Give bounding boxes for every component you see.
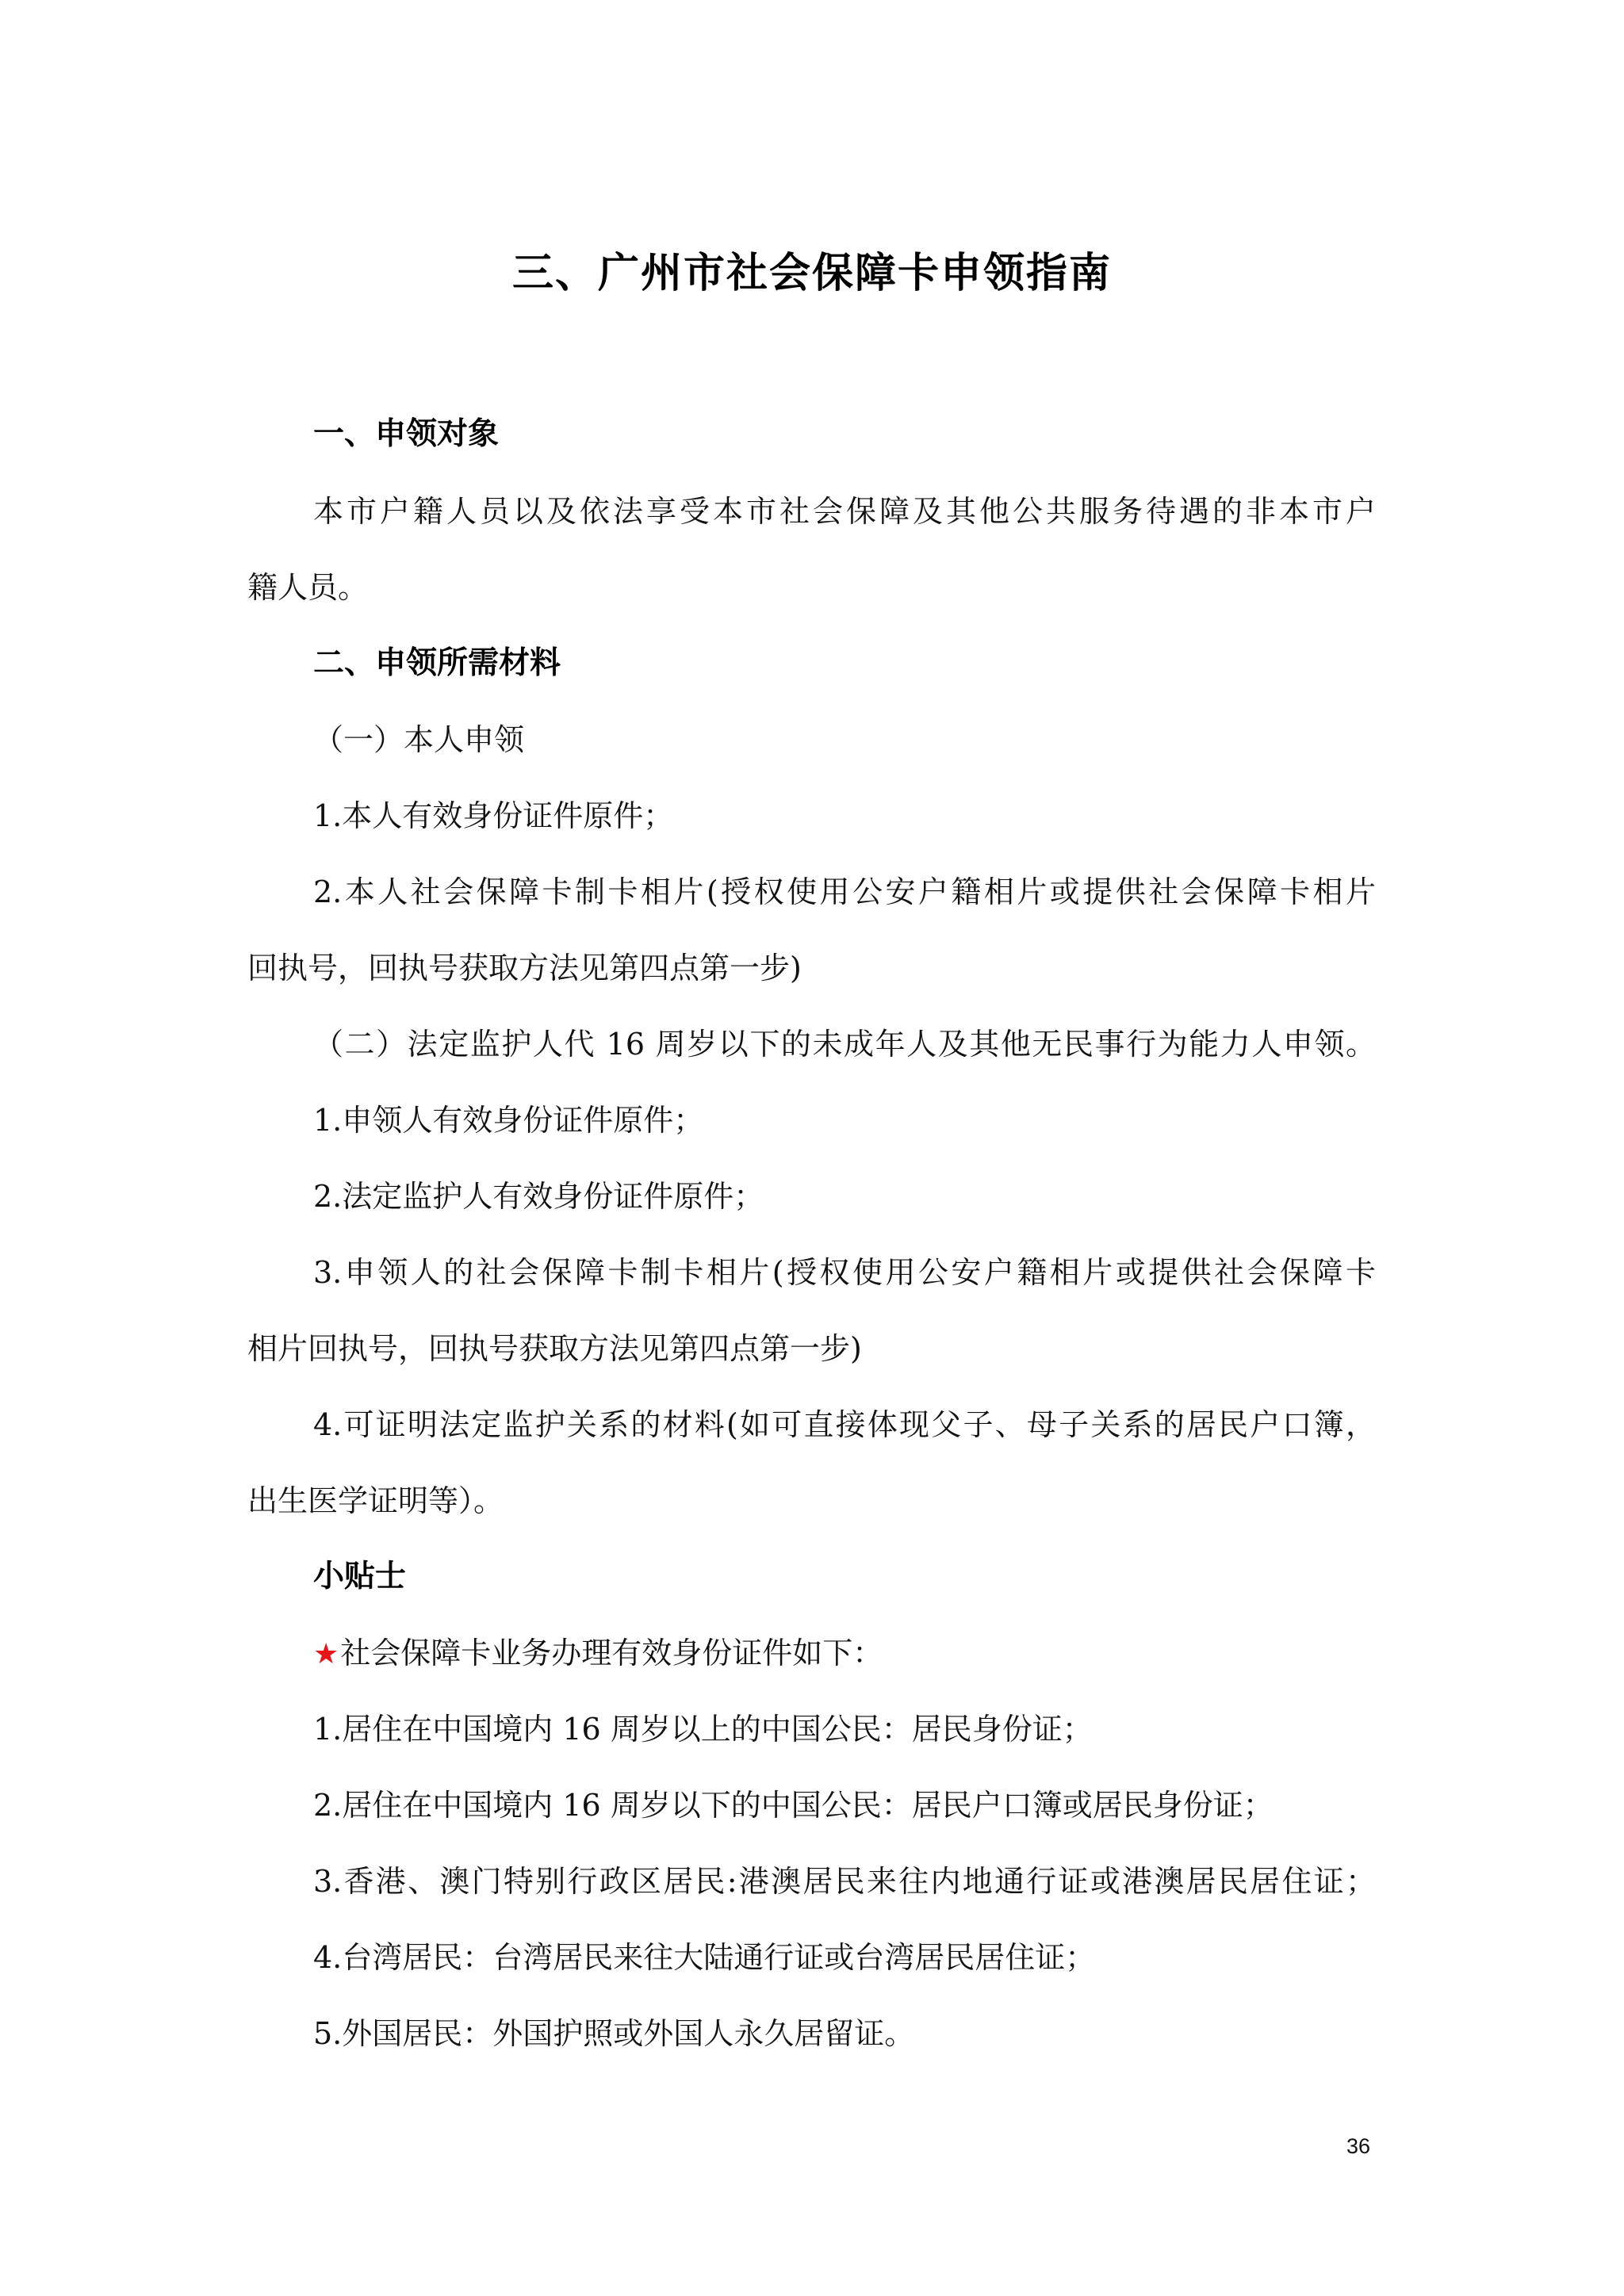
- list-item: 5.外国居民：外国护照或外国人永久居留证。: [313, 2014, 914, 2053]
- page-title: 三、广州市社会保障卡申领指南: [0, 242, 1624, 305]
- document-page: 三、广州市社会保障卡申领指南 一、申领对象 本市户籍人员以及依法享受本市社会保障…: [0, 0, 1624, 2296]
- list-item-continuation: 出生医学证明等）。: [247, 1481, 504, 1521]
- page-number: 36: [1346, 2134, 1370, 2159]
- list-item: 2.居住在中国境内 16 周岁以下的中国公民：居民户口簿或居民身份证；: [313, 1785, 1274, 1825]
- paragraph-applicants-line-2: 籍人员。: [247, 568, 368, 607]
- tips-intro-text: 社会保障卡业务办理有效身份证件如下：: [340, 1636, 883, 1670]
- tips-intro: ★社会保障卡业务办理有效身份证件如下：: [313, 1633, 883, 1674]
- section-heading-applicants: 一、申领对象: [313, 415, 499, 454]
- list-item: 3.香港、澳门特别行政区居民:港澳居民来往内地通行证或港澳居民居住证；: [313, 1862, 1376, 1901]
- subsection-heading-self: （一）本人申领: [313, 720, 524, 760]
- list-item-continuation: 回执号，回执号获取方法见第四点第一步): [247, 948, 802, 988]
- subsection-heading-guardian: （二）法定监护人代 16 周岁以下的未成年人及其他无民事行为能力人申领。: [313, 1024, 1376, 1064]
- list-item-continuation: 相片回执号，回执号获取方法见第四点第一步): [247, 1329, 862, 1368]
- list-item: 4.台湾居民：台湾居民来往大陆通行证或台湾居民居住证；: [313, 1938, 1095, 1977]
- paragraph-applicants-line-1: 本市户籍人员以及依法享受本市社会保障及其他公共服务待遇的非本市户: [313, 492, 1376, 531]
- list-item: 1.居住在中国境内 16 周岁以上的中国公民：居民身份证；: [313, 1709, 1093, 1749]
- list-item: 2.法定监护人有效身份证件原件；: [313, 1177, 764, 1216]
- list-item: 1.本人有效身份证件原件；: [313, 796, 673, 836]
- list-item: 4.可证明法定监护关系的材料(如可直接体现父子、母子关系的居民户口簿，: [313, 1405, 1376, 1445]
- section-heading-materials: 二、申领所需材料: [313, 644, 561, 683]
- list-item: 1.申领人有效身份证件原件；: [313, 1100, 703, 1140]
- star-icon: ★: [313, 1638, 339, 1670]
- list-item: 2.本人社会保障卡制卡相片(授权使用公安户籍相片或提供社会保障卡相片: [313, 872, 1376, 912]
- tips-heading: 小贴士: [313, 1557, 406, 1597]
- list-item: 3.申领人的社会保障卡制卡相片(授权使用公安户籍相片或提供社会保障卡: [313, 1253, 1376, 1292]
